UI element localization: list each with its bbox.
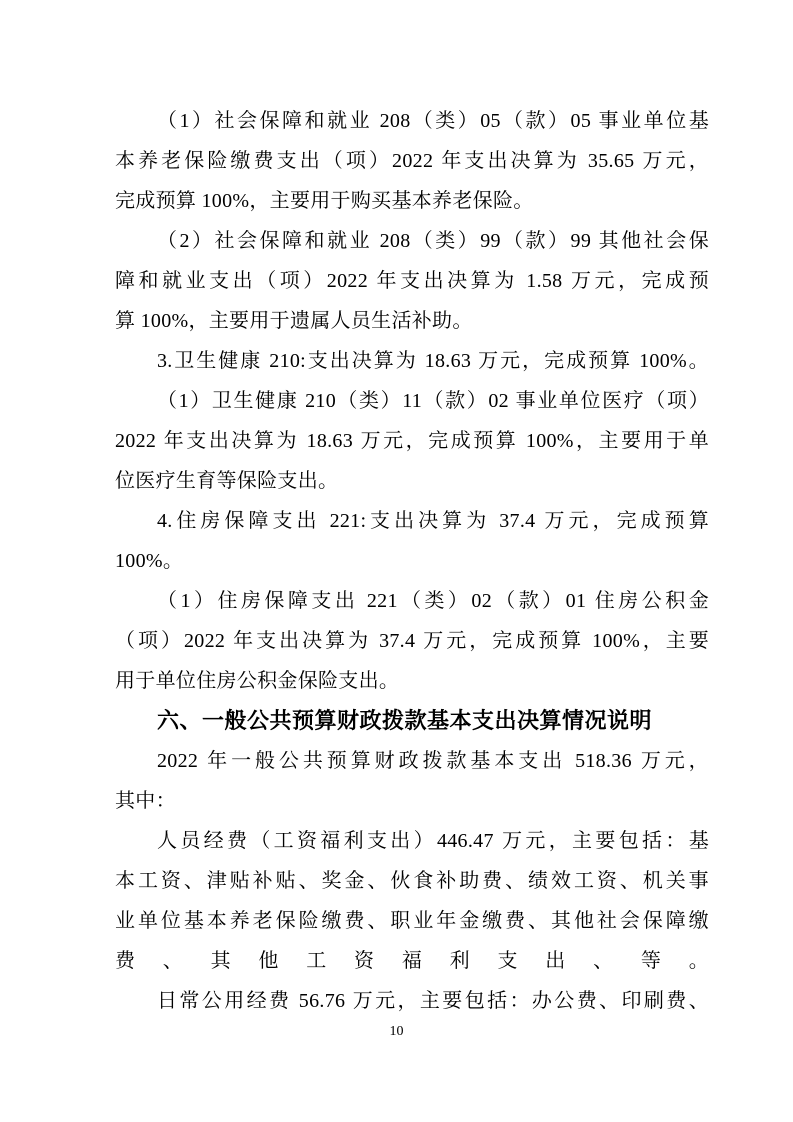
text-line: 3.卫生健康 210:支出决算为 18.63 万元，完成预算 100%。 [115, 341, 709, 381]
text-line: （1）住房保障支出 221（类）02（款）01 住房公积金 [115, 581, 709, 621]
text-line: 100%。 [115, 541, 709, 581]
text-line: 障和就业支出（项）2022 年支出决算为 1.58 万元，完成预 [115, 261, 709, 301]
text-line: （项）2022 年支出决算为 37.4 万元，完成预算 100%，主要 [115, 621, 709, 661]
text-line: 算 100%，主要用于遗属人员生活补助。 [115, 301, 709, 341]
text-line: （1）卫生健康 210（类）11（款）02 事业单位医疗（项） [115, 381, 709, 421]
text-line: （2）社会保障和就业 208（类）99（款）99 其他社会保 [115, 221, 709, 261]
text-line: 本养老保险缴费支出（项）2022 年支出决算为 35.65 万元， [115, 141, 709, 181]
text-line: 其中： [115, 781, 709, 821]
text-line: 费、其他工资福利支出、等。 [115, 941, 709, 981]
text-line: 位医疗生育等保险支出。 [115, 461, 709, 501]
text-line: 人员经费（工资福利支出）446.47 万元，主要包括：基 [115, 821, 709, 861]
text-line: （1）社会保障和就业 208（类）05（款）05 事业单位基 [115, 101, 709, 141]
text-line: 业单位基本养老保险缴费、职业年金缴费、其他社会保障缴 [115, 901, 709, 941]
text-line: 本工资、津贴补贴、奖金、伙食补助费、绩效工资、机关事 [115, 861, 709, 901]
text-line: 2022 年一般公共预算财政拨款基本支出 518.36 万元， [115, 741, 709, 781]
text-line: 用于单位住房公积金保险支出。 [115, 661, 709, 701]
text-line: 2022 年支出决算为 18.63 万元，完成预算 100%，主要用于单 [115, 421, 709, 461]
document-page: （1）社会保障和就业 208（类）05（款）05 事业单位基 本养老保险缴费支出… [0, 0, 793, 1122]
text-line: 完成预算 100%，主要用于购买基本养老保险。 [115, 181, 709, 221]
section-heading: 六、一般公共预算财政拨款基本支出决算情况说明 [115, 701, 709, 741]
page-number: 10 [0, 1020, 793, 1044]
text-line: 日常公用经费 56.76 万元，主要包括：办公费、印刷费、 [115, 981, 709, 1021]
document-body: （1）社会保障和就业 208（类）05（款）05 事业单位基 本养老保险缴费支出… [115, 101, 709, 1021]
text-line: 4.住房保障支出 221:支出决算为 37.4 万元，完成预算 [115, 501, 709, 541]
